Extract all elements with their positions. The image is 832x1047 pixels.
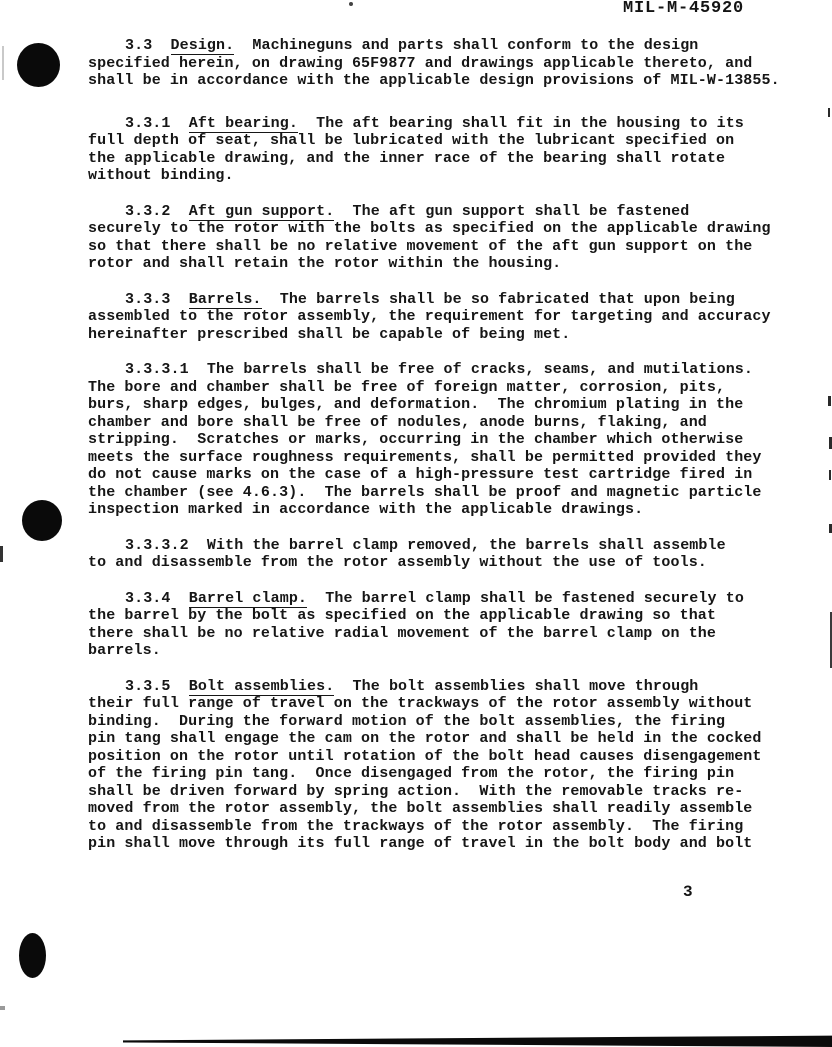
paragraph-heading: Design. (171, 37, 235, 55)
paragraph-heading: Aft bearing. (189, 115, 298, 133)
scan-artifact-dash (828, 108, 830, 117)
hole-punch-mark (22, 500, 62, 541)
paragraph-3.3: 3.3 Design. Machineguns and parts shall … (88, 37, 788, 90)
paragraph-heading: Aft gun support. (189, 203, 335, 221)
hole-punch-mark (19, 933, 46, 978)
paragraph-3.3.3: 3.3.3 Barrels. The barrels shall be so f… (88, 291, 788, 344)
scan-artifact-dash (0, 546, 3, 562)
paragraph-heading: Barrel clamp. (189, 590, 307, 608)
paragraph-heading: Barrels. (189, 291, 262, 309)
scan-artifact-dash (828, 396, 831, 406)
paragraph-3.3.4: 3.3.4 Barrel clamp. The barrel clamp sha… (88, 590, 788, 660)
scan-artifact-line (2, 46, 4, 80)
paragraph-heading: Bolt assemblies. (189, 678, 335, 696)
paragraph-3.3.3.2: 3.3.3.2 With the barrel clamp removed, t… (88, 537, 788, 572)
paragraph-3.3.2: 3.3.2 Aft gun support. The aft gun suppo… (88, 203, 788, 273)
scan-speck (349, 2, 353, 6)
scan-artifact-dash (829, 470, 831, 480)
scan-artifact-bottom-bar (123, 1035, 832, 1047)
scan-speck (0, 1006, 5, 1010)
paragraph-3.3.1: 3.3.1 Aft bearing. The aft bearing shall… (88, 115, 788, 185)
page-number: 3 (683, 883, 693, 901)
paragraph-3.3.3.1: 3.3.3.1 The barrels shall be free of cra… (88, 361, 788, 519)
hole-punch-mark (17, 43, 60, 87)
doc-number: MIL-M-45920 (623, 1, 744, 17)
scanned-document-page: MIL-M-45920 3.3 Design. Machineguns and … (0, 0, 832, 1047)
document-body: 3.3 Design. Machineguns and parts shall … (88, 37, 788, 871)
paragraph-3.3.5: 3.3.5 Bolt assemblies. The bolt assembli… (88, 678, 788, 853)
